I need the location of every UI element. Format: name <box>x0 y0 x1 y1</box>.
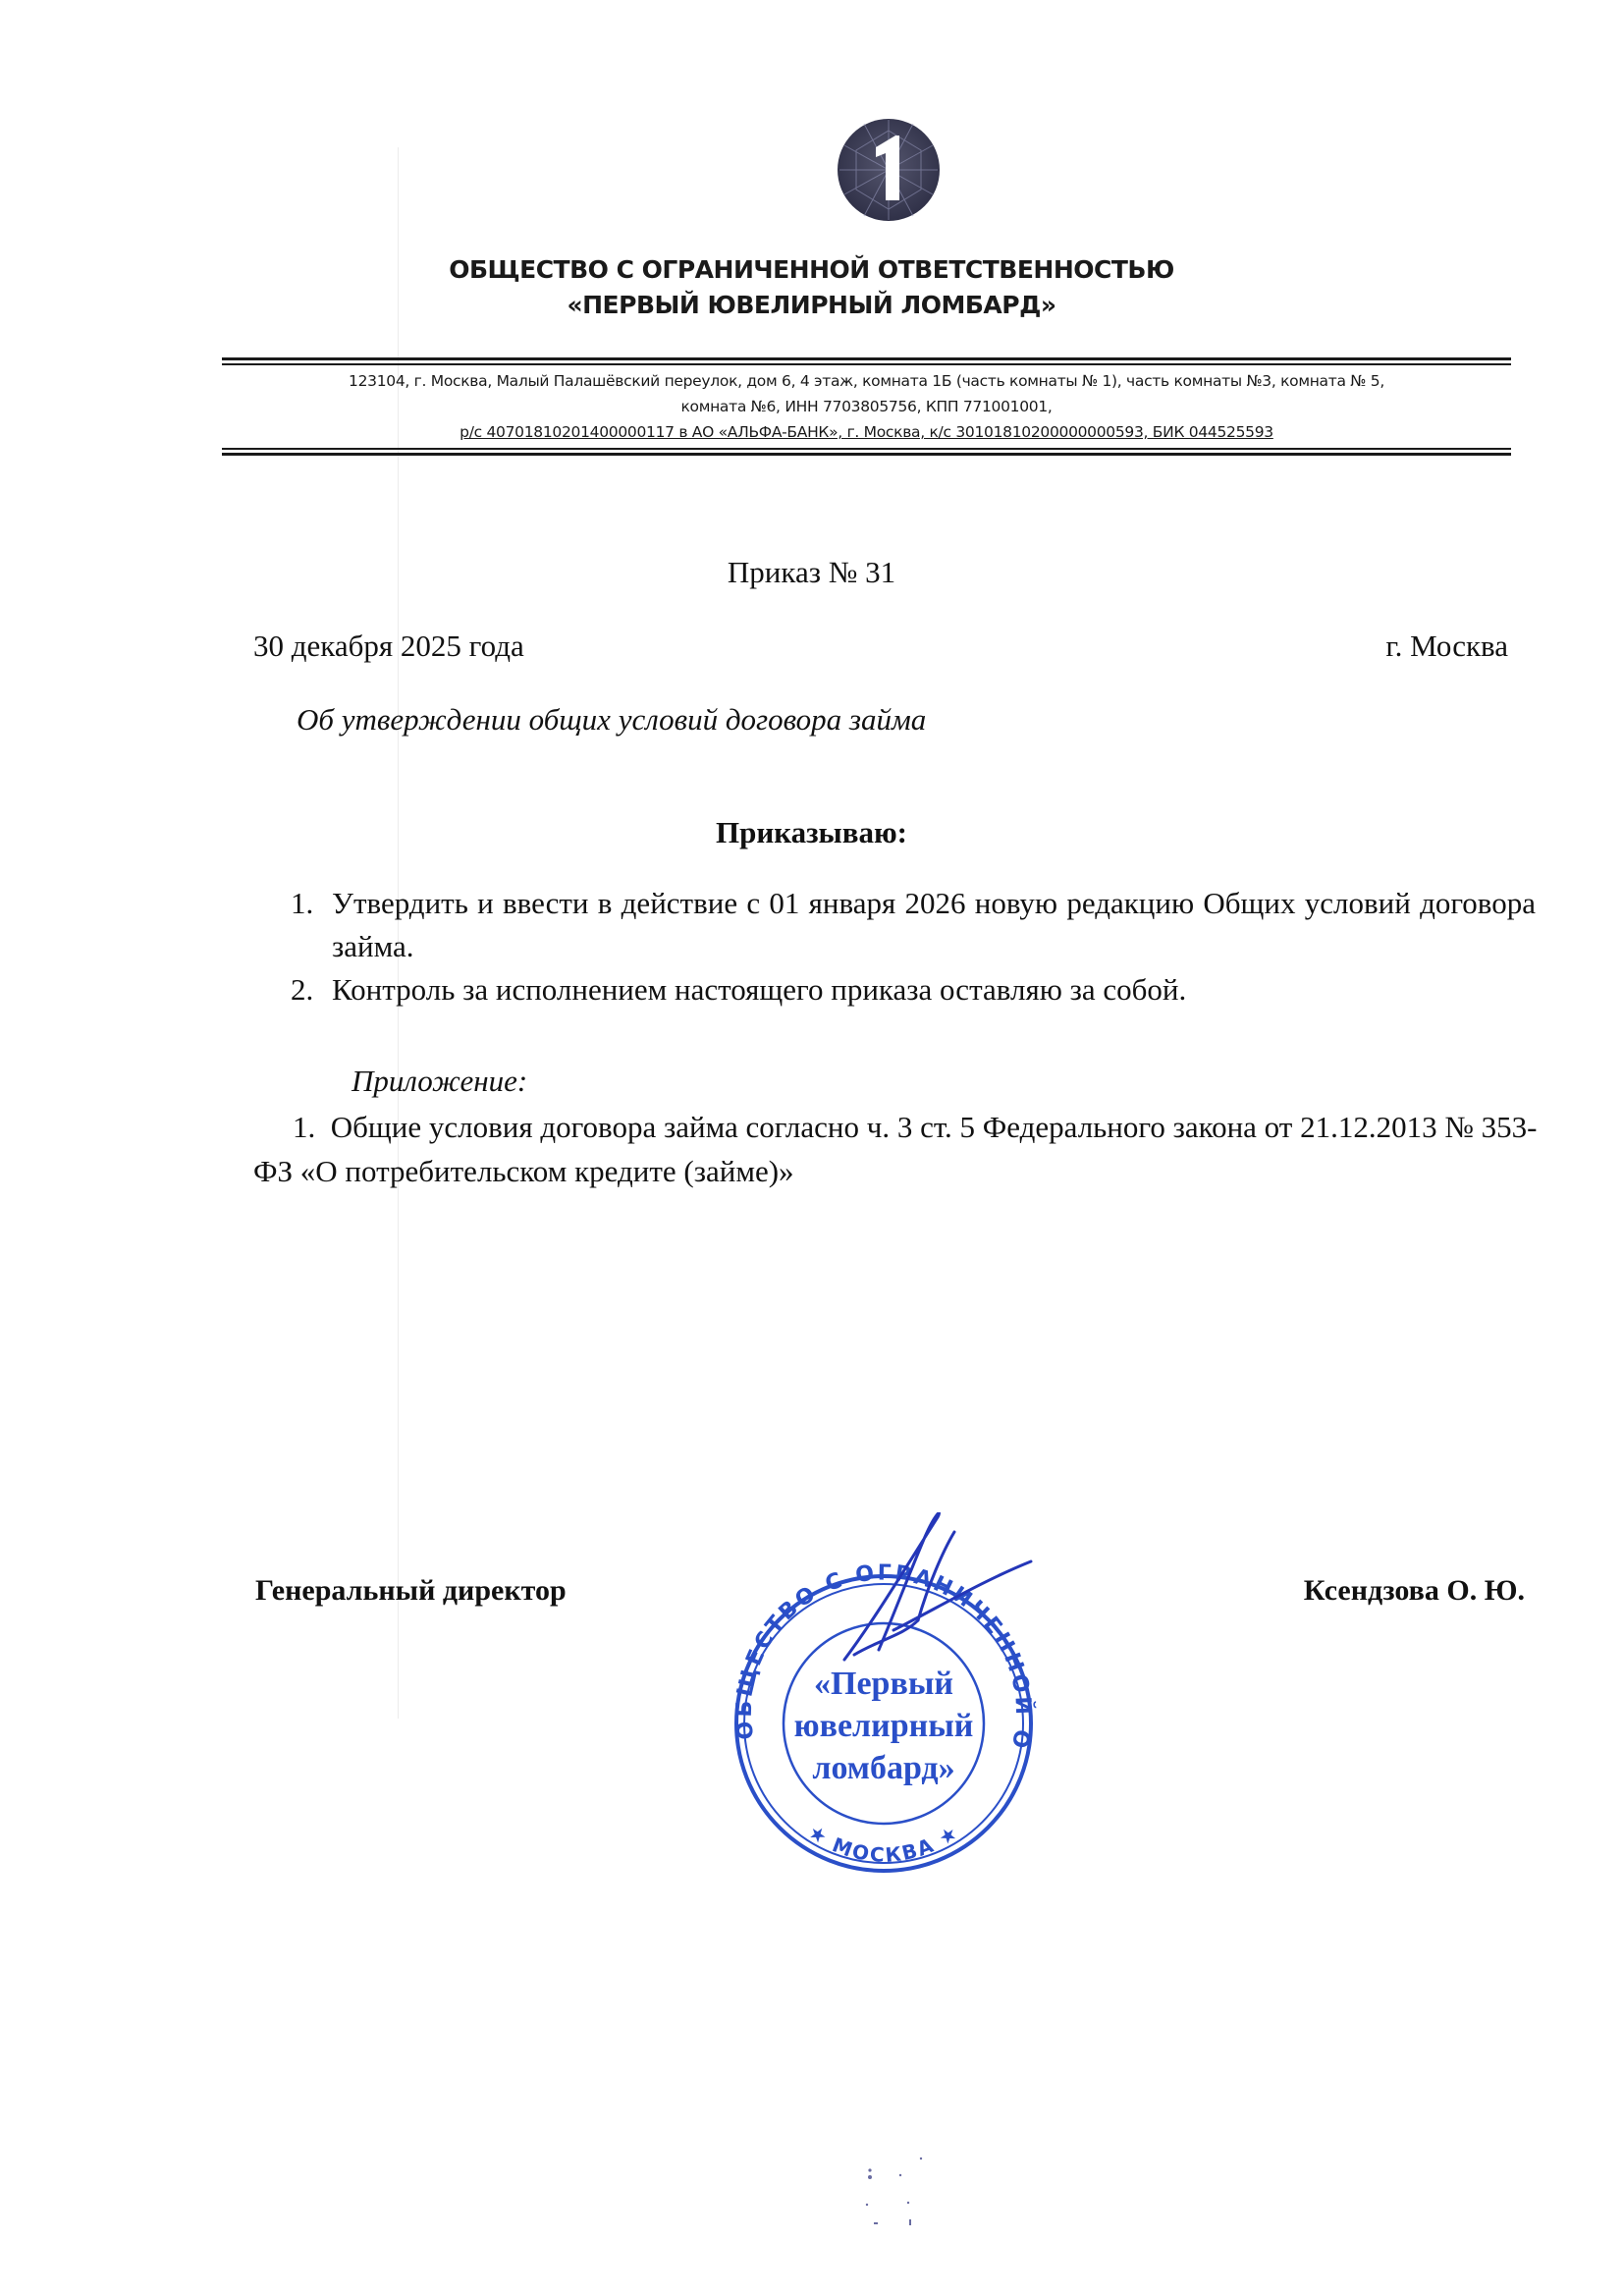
stamp-center-line3: ломбард» <box>812 1750 954 1786</box>
document-page: ОБЩЕСТВО С ОГРАНИЧЕННОЙ ОТВЕТСТВЕННОСТЬЮ… <box>0 0 1623 2296</box>
stamp-center-line2: ювелирный <box>794 1708 974 1744</box>
decree-item: 2. Контроль за исполнением настоящего пр… <box>291 968 1536 1011</box>
decree-item-text: Утвердить и ввести в действие с 01 январ… <box>332 886 1536 963</box>
requisites-address: 123104, г. Москва, Малый Палашёвский пер… <box>222 368 1511 394</box>
scan-artifacts <box>727 2082 962 2229</box>
company-requisites: 123104, г. Москва, Малый Палашёвский пер… <box>222 368 1511 445</box>
appendix-item-number: 1. <box>253 1110 315 1144</box>
divider-rule <box>222 363 1511 365</box>
decree-item: 1. Утвердить и ввести в действие с 01 ян… <box>291 882 1536 968</box>
requisites-tax-ids: комната №6, ИНН 7703805756, КПП 77100100… <box>222 394 1511 419</box>
decree-item-number: 2. <box>291 968 313 1011</box>
divider-rule <box>222 448 1511 450</box>
order-city: г. Москва <box>1385 629 1508 664</box>
company-name-line1: ОБЩЕСТВО С ОГРАНИЧЕННОЙ ОТВЕТСТВЕННОСТЬЮ <box>0 255 1623 284</box>
appendix-label: Приложение: <box>352 1064 527 1099</box>
order-title: Приказ № 31 <box>0 555 1623 590</box>
appendix-item-text: Общие условия договора займа согласно ч.… <box>253 1110 1537 1188</box>
stamp-center-line1: «Первый <box>814 1666 953 1702</box>
signatory-name: Ксендзова О. Ю. <box>1304 1574 1525 1608</box>
requisites-bank: р/с 40701810201400000117 в АО «АЛЬФА-БАН… <box>222 419 1511 445</box>
appendix-item: 1. Общие условия договора займа согласно… <box>253 1105 1540 1193</box>
order-date: 30 декабря 2025 года <box>253 629 524 664</box>
divider-rule <box>222 453 1511 456</box>
company-name-line2: «ПЕРВЫЙ ЮВЕЛИРНЫЙ ЛОМБАРД» <box>0 291 1623 319</box>
company-seal-stamp: ОБЩЕСТВО С ОГРАНИЧЕННОЙ ОТВЕТСТВЕННОСТЬЮ… <box>707 1512 1060 1895</box>
decree-heading: Приказываю: <box>0 815 1623 850</box>
decree-item-number: 1. <box>291 882 313 925</box>
decree-list: 1. Утвердить и ввести в действие с 01 ян… <box>291 882 1536 1011</box>
decree-item-text: Контроль за исполнением настоящего прика… <box>332 972 1186 1007</box>
order-subject: Об утверждении общих условий договора за… <box>297 702 926 738</box>
signatory-position: Генеральный директор <box>255 1574 567 1608</box>
company-logo-icon <box>835 116 943 224</box>
divider-rule <box>222 357 1511 360</box>
